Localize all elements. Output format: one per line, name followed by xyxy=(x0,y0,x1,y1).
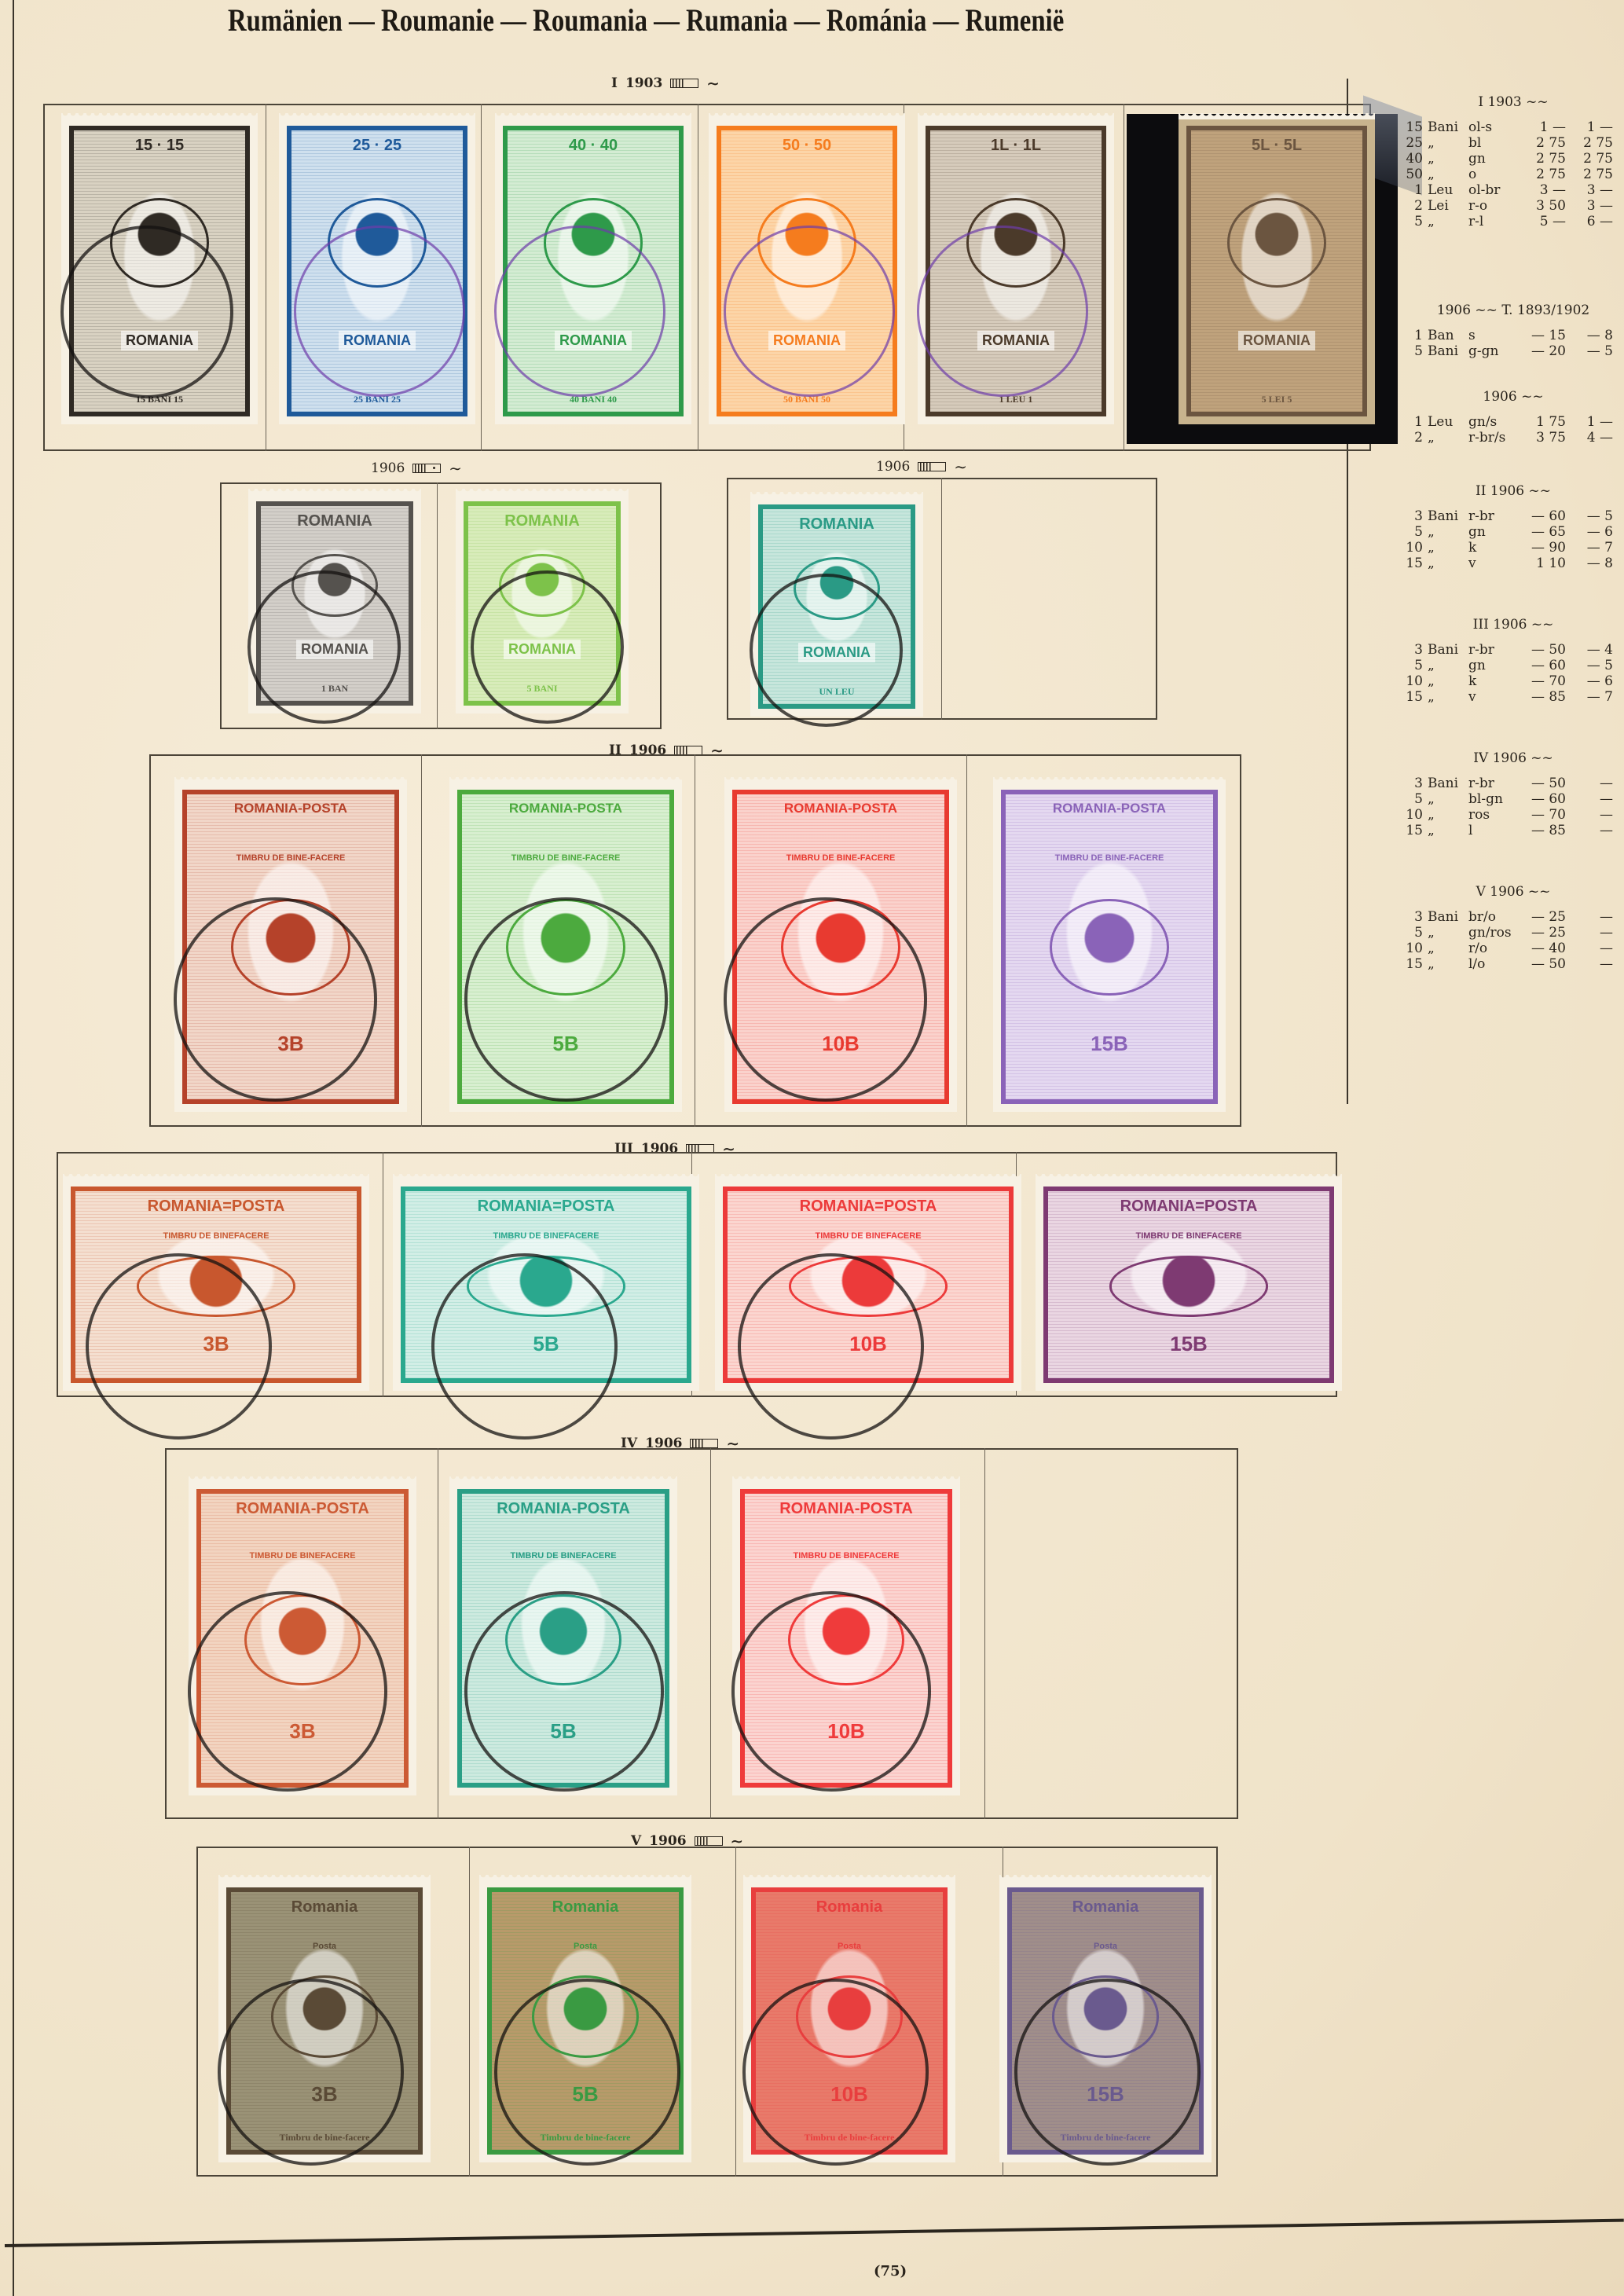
stamp-inscription: ROMANIA-POSTA xyxy=(779,1500,913,1518)
stamp-vignette xyxy=(110,198,209,287)
stamp-III-1906-5B[interactable]: ROMANIA=POSTATIMBRU DE BINEFACERE5B xyxy=(393,1179,699,1391)
price-used: 6 — xyxy=(1572,214,1619,229)
price-mint: — 60 xyxy=(1523,658,1572,673)
stamp-inscription: ROMANIA=POSTA xyxy=(148,1198,285,1216)
denomination: 3 xyxy=(1402,909,1428,925)
price-mint: 1 75 xyxy=(1523,414,1572,430)
price-mint: 3 50 xyxy=(1523,198,1572,214)
price-used: 1 — xyxy=(1572,119,1619,135)
stamp-III-1906-15B[interactable]: ROMANIA=POSTATIMBRU DE BINEFACERE15B xyxy=(1036,1179,1342,1391)
stamp-denomination: 5B xyxy=(552,1032,578,1056)
price-used: — xyxy=(1572,807,1619,823)
catalog-row: 15„v1 10— 8 xyxy=(1402,556,1624,571)
color-code: gn xyxy=(1468,151,1523,167)
denomination: 2 xyxy=(1402,198,1428,214)
price-mint: — 90 xyxy=(1523,540,1572,556)
section-label-I-1903: I 1903 ∼ xyxy=(611,75,720,91)
stamp-bottom-inscription: 5 LEI 5 xyxy=(1262,394,1292,405)
stamp-vignette xyxy=(1052,1975,1160,2057)
stamp-II-1906-15B[interactable]: ROMANIA-POSTATIMBRU DE BINE-FACERE15B xyxy=(993,782,1226,1112)
album-cell-divider xyxy=(481,104,482,451)
price-mint: — 70 xyxy=(1523,807,1572,823)
denomination: 50 xyxy=(1402,167,1428,182)
stamp-vignette xyxy=(505,1594,621,1685)
catalog-row: 3Banir-br— 50— xyxy=(1402,776,1624,791)
catalog-row: 50„o2 752 75 xyxy=(1402,167,1624,182)
price-used: — 5 xyxy=(1572,658,1619,673)
section-year: 1903 xyxy=(625,75,662,91)
price-mint: 3 75 xyxy=(1523,430,1572,446)
stamp-inscription: 5L · 5L xyxy=(1252,137,1302,155)
denomination: 5 xyxy=(1402,658,1428,673)
page-title: Rumänien — Roumanie — Roumania — Rumania… xyxy=(228,2,1297,41)
unit: „ xyxy=(1428,430,1468,446)
stamp-design: 25 · 25ROMANIA25 BANI 25 xyxy=(287,126,467,416)
price-used: — xyxy=(1572,925,1619,941)
left-margin-rule xyxy=(13,0,14,2296)
unit: „ xyxy=(1428,135,1468,151)
stamp-design: ROMANIA=POSTATIMBRU DE BINEFACERE5B xyxy=(401,1187,691,1383)
stamp-1906-a-1[interactable]: ROMANIAROMANIA1 BAN xyxy=(248,493,421,713)
stamp-inscription: ROMANIA xyxy=(799,515,874,534)
denomination: 15 xyxy=(1402,689,1428,705)
stamp-design: RomaniaPosta15BTimbru de bine-facere xyxy=(1007,1887,1204,2155)
unit: „ xyxy=(1428,689,1468,705)
color-code: gn/s xyxy=(1468,414,1523,430)
stamp-country: ROMANIA xyxy=(296,640,373,659)
stamp-bottom-inscription: UN LEU xyxy=(819,686,854,698)
stamp-design: ROMANIAROMANIA5 BANI xyxy=(464,501,621,706)
catalog-section: V 1906 ~~3Banibr/o— 25—5„gn/ros— 25—10„r… xyxy=(1402,884,1624,972)
catalog-row: 10„k— 90— 7 xyxy=(1402,540,1624,556)
price-used: 4 — xyxy=(1572,430,1619,446)
denomination: 15 xyxy=(1402,556,1428,571)
color-code: r-br xyxy=(1468,642,1523,658)
stamp-subtitle: TIMBRU DE BINEFACERE xyxy=(1135,1231,1241,1241)
color-code: r-br/s xyxy=(1468,430,1523,446)
catalog-row: 5„gn— 60— 5 xyxy=(1402,658,1624,673)
stamp-IV-1906-3B[interactable]: ROMANIA-POSTATIMBRU DE BINEFACERE3B xyxy=(189,1481,416,1795)
catalog-row: 5„gn— 65— 6 xyxy=(1402,524,1624,540)
album-cell-divider xyxy=(695,754,695,1127)
color-code: l/o xyxy=(1468,956,1523,972)
catalog-row: 3Banibr/o— 25— xyxy=(1402,909,1624,925)
stamp-III-1906-3B[interactable]: ROMANIA=POSTATIMBRU DE BINEFACERE3B xyxy=(63,1179,369,1391)
stamp-1906-a-5[interactable]: ROMANIAROMANIA5 BANI xyxy=(456,493,629,713)
color-code: k xyxy=(1468,673,1523,689)
color-code: v xyxy=(1468,689,1523,705)
stamp-inscription: ROMANIA-POSTA xyxy=(509,801,622,816)
denomination: 5 xyxy=(1402,524,1428,540)
stamp-design: RomaniaPosta10BTimbru de bine-facere xyxy=(751,1887,948,2155)
stamp-vignette xyxy=(781,899,900,995)
stamp-country: ROMANIA xyxy=(339,331,416,350)
unit: „ xyxy=(1428,956,1468,972)
catalog-section: 1906 ~~ T. 1893/19021Bans— 15— 85Banig-g… xyxy=(1402,303,1624,359)
color-code: r-br xyxy=(1468,776,1523,791)
stamp-inscription: 1L · 1L xyxy=(991,137,1041,155)
price-mint: — 70 xyxy=(1523,673,1572,689)
stamp-IV-1906-5B[interactable]: ROMANIA-POSTATIMBRU DE BINEFACERE5B xyxy=(449,1481,677,1795)
price-used: — xyxy=(1572,909,1619,925)
price-mint: — 60 xyxy=(1523,791,1572,807)
stamp-country: ROMANIA xyxy=(768,331,845,350)
stamp-vignette xyxy=(789,1256,948,1316)
price-mint: — 50 xyxy=(1523,642,1572,658)
catalog-heading: 1906 ~~ T. 1893/1902 xyxy=(1402,303,1624,318)
stamp-country: ROMANIA xyxy=(977,331,1054,350)
stamp-inscription: 50 · 50 xyxy=(783,137,831,155)
stamp-vignette xyxy=(467,1256,626,1316)
stamp-vignette xyxy=(757,198,856,287)
stamp-I-1903-15[interactable]: 15 · 15ROMANIA15 BANI 15 xyxy=(61,118,258,424)
unit: „ xyxy=(1428,807,1468,823)
denomination: 10 xyxy=(1402,941,1428,956)
denomination: 2 xyxy=(1402,430,1428,446)
price-used: — 7 xyxy=(1572,540,1619,556)
stamp-design: ROMANIAROMANIA1 BAN xyxy=(256,501,413,706)
stamp-subtitle: TIMBRU DE BINEFACERE xyxy=(493,1231,599,1241)
denomination: 15 xyxy=(1402,956,1428,972)
stamp-vignette xyxy=(291,554,377,617)
unit: Bani xyxy=(1428,119,1468,135)
stamp-denomination: 3B xyxy=(311,2082,337,2107)
color-code: ros xyxy=(1468,807,1523,823)
stamp-denomination: 3B xyxy=(289,1719,315,1744)
color-code: v xyxy=(1468,556,1523,571)
album-cell-divider xyxy=(735,1847,736,2177)
stamp-inscription: Romania xyxy=(552,1898,618,1916)
stamp-design: ROMANIA=POSTATIMBRU DE BINEFACERE15B xyxy=(1043,1187,1334,1383)
price-mint: — 50 xyxy=(1523,956,1572,972)
stamp-design: ROMANIA-POSTATIMBRU DE BINEFACERE5B xyxy=(457,1489,669,1788)
stamp-inscription: ROMANIA-POSTA xyxy=(784,801,897,816)
unit: „ xyxy=(1428,823,1468,838)
denomination: 3 xyxy=(1402,508,1428,524)
stamp-design: ROMANIA=POSTATIMBRU DE BINEFACERE10B xyxy=(723,1187,1014,1383)
stamp-subtitle: TIMBRU DE BINEFACERE xyxy=(163,1231,269,1241)
stamp-V-1906-5B[interactable]: RomaniaPosta5BTimbru de bine-facere xyxy=(479,1880,691,2162)
catalog-row: 10„k— 70— 6 xyxy=(1402,673,1624,689)
price-used: — 4 xyxy=(1572,642,1619,658)
section-label-1906-b: 1906 ∼ xyxy=(876,459,967,475)
color-code: k xyxy=(1468,540,1523,556)
denomination: 40 xyxy=(1402,151,1428,167)
stamp-denomination: 10B xyxy=(822,1032,860,1056)
stamp-design: ROMANIA-POSTATIMBRU DE BINE-FACERE10B xyxy=(732,790,949,1104)
price-used: — 8 xyxy=(1572,328,1619,343)
denomination: 25 xyxy=(1402,135,1428,151)
price-mint: — 60 xyxy=(1523,508,1572,524)
stamp-denomination: 10B xyxy=(830,2082,868,2107)
unit: Ban xyxy=(1428,328,1468,343)
stamp-vignette xyxy=(788,1594,904,1685)
price-used: 3 — xyxy=(1572,198,1619,214)
price-mint: 3 — xyxy=(1523,182,1572,198)
stamp-bottom-inscription: 1 BAN xyxy=(321,683,348,695)
unit: Bani xyxy=(1428,508,1468,524)
stamp-inscription: ROMANIA-POSTA xyxy=(497,1500,630,1518)
perforation-icon xyxy=(695,1836,723,1846)
stamp-III-1906-10B[interactable]: ROMANIA=POSTATIMBRU DE BINEFACERE10B xyxy=(715,1179,1021,1391)
catalog-row: 15„v— 85— 7 xyxy=(1402,689,1624,705)
stamp-inscription: Romania xyxy=(1072,1898,1138,1916)
perforation-icon xyxy=(690,1439,718,1448)
catalog-row: 15„l— 85— xyxy=(1402,823,1624,838)
stamp-inscription: Romania xyxy=(291,1898,357,1916)
catalog-row: 5„gn/ros— 25— xyxy=(1402,925,1624,941)
page-number: (75) xyxy=(874,2263,907,2279)
stamp-denomination: 15B xyxy=(1170,1332,1208,1356)
stamp-I-1903-40[interactable]: 40 · 40ROMANIA40 BANI 40 xyxy=(495,118,691,424)
album-cell-divider xyxy=(266,104,266,451)
price-mint: — 50 xyxy=(1523,776,1572,791)
stamp-vignette xyxy=(1109,1256,1269,1316)
stamp-design: 1L · 1LROMANIA1 LEU 1 xyxy=(926,126,1106,416)
catalog-heading: I 1903 ~~ xyxy=(1402,94,1624,110)
stamp-vignette xyxy=(271,1975,379,2057)
stamp-denomination: 15B xyxy=(1087,2082,1124,2107)
unit: „ xyxy=(1428,673,1468,689)
denomination: 10 xyxy=(1402,673,1428,689)
color-code: gn xyxy=(1468,658,1523,673)
stamp-subtitle: TIMBRU DE BINEFACERE xyxy=(510,1551,616,1561)
section-year: 1906 xyxy=(876,459,910,475)
price-used: — 8 xyxy=(1572,556,1619,571)
denomination: 10 xyxy=(1402,540,1428,556)
stamp-vignette xyxy=(137,1256,296,1316)
price-mint: 2 75 xyxy=(1523,167,1572,182)
catalog-row: 40„gn2 752 75 xyxy=(1402,151,1624,167)
price-mint: — 20 xyxy=(1523,343,1572,359)
album-cell-divider xyxy=(698,104,698,451)
denomination: 5 xyxy=(1402,214,1428,229)
stamp-II-1906-10B[interactable]: ROMANIA-POSTATIMBRU DE BINE-FACERE10B xyxy=(724,782,957,1112)
price-mint: — 40 xyxy=(1523,941,1572,956)
catalog-row: 5Banig-gn— 20— 5 xyxy=(1402,343,1624,359)
album-cell-divider xyxy=(710,1448,711,1819)
color-code: br/o xyxy=(1468,909,1523,925)
denomination: 10 xyxy=(1402,807,1428,823)
denomination: 5 xyxy=(1402,925,1428,941)
stamp-inscription: 15 · 15 xyxy=(135,137,184,155)
stamp-design: ROMANIA-POSTATIMBRU DE BINE-FACERE3B xyxy=(182,790,399,1104)
price-used: 1 — xyxy=(1572,414,1619,430)
catalog-row: 1Bans— 15— 8 xyxy=(1402,328,1624,343)
stamp-V-1906-15B[interactable]: RomaniaPosta15BTimbru de bine-facere xyxy=(999,1880,1212,2162)
stamp-V-1906-10B[interactable]: RomaniaPosta10BTimbru de bine-facere xyxy=(743,1880,955,2162)
color-code: gn/ros xyxy=(1468,925,1523,941)
stamp-subtitle: Posta xyxy=(574,1942,597,1951)
catalog-row: 10„ros— 70— xyxy=(1402,807,1624,823)
denomination: 3 xyxy=(1402,776,1428,791)
stamp-1906-b-1[interactable]: ROMANIAROMANIAUN LEU xyxy=(750,497,923,717)
catalog-row: 15Baniol-s1 —1 — xyxy=(1402,119,1624,135)
stamp-bottom-inscription: 15 BANI 15 xyxy=(136,394,183,405)
stamp-denomination: 5B xyxy=(572,2082,598,2107)
price-mint: — 85 xyxy=(1523,823,1572,838)
stamp-bottom-inscription: Timbru de bine-facere xyxy=(280,2132,370,2144)
stamp-design: ROMANIA-POSTATIMBRU DE BINEFACERE3B xyxy=(196,1489,409,1788)
wave-icon: ∼ xyxy=(449,460,462,476)
stamp-I-1903-50[interactable]: 50 · 50ROMANIA50 BANI 50 xyxy=(709,118,905,424)
stamp-IV-1906-10B[interactable]: ROMANIA-POSTATIMBRU DE BINEFACERE10B xyxy=(732,1481,960,1795)
stamp-vignette xyxy=(794,557,879,620)
stamp-subtitle: Posta xyxy=(313,1942,336,1951)
perforation-icon xyxy=(918,462,946,471)
stamp-bottom-inscription: Timbru de bine-facere xyxy=(541,2132,631,2144)
unit: Bani xyxy=(1428,642,1468,658)
denomination: 15 xyxy=(1402,119,1428,135)
stamp-bottom-inscription: Timbru de bine-facere xyxy=(805,2132,895,2144)
stamp-V-1906-3B[interactable]: RomaniaPosta3BTimbru de bine-facere xyxy=(218,1880,431,2162)
unit: Leu xyxy=(1428,414,1468,430)
stamp-subtitle: TIMBRU DE BINE-FACERE xyxy=(786,853,896,863)
stamp-I-1903-1L[interactable]: 1L · 1LROMANIA1 LEU 1 xyxy=(918,118,1114,424)
color-code: bl xyxy=(1468,135,1523,151)
stamp-subtitle: Posta xyxy=(838,1942,861,1951)
stamp-subtitle: TIMBRU DE BINE-FACERE xyxy=(236,853,346,863)
stamp-I-1903-5L[interactable]: 5L · 5LROMANIA5 LEI 5 xyxy=(1179,118,1375,424)
wave-icon: ∼ xyxy=(954,459,967,475)
unit: „ xyxy=(1428,524,1468,540)
stamp-subtitle: TIMBRU DE BINEFACERE xyxy=(249,1551,355,1561)
unit: „ xyxy=(1428,925,1468,941)
stamp-II-1906-3B[interactable]: ROMANIA-POSTATIMBRU DE BINE-FACERE3B xyxy=(174,782,407,1112)
stamp-vignette xyxy=(499,554,585,617)
stamp-II-1906-5B[interactable]: ROMANIA-POSTATIMBRU DE BINE-FACERE5B xyxy=(449,782,682,1112)
stamp-design: ROMANIA-POSTATIMBRU DE BINE-FACERE5B xyxy=(457,790,674,1104)
unit: Bani xyxy=(1428,909,1468,925)
catalog-heading: III 1906 ~~ xyxy=(1402,617,1624,633)
color-code: l xyxy=(1468,823,1523,838)
stamp-country: ROMANIA xyxy=(504,640,581,659)
album-cell-divider xyxy=(469,1847,470,2177)
price-used: 3 — xyxy=(1572,182,1619,198)
catalog-row: 3Banir-br— 60— 5 xyxy=(1402,508,1624,524)
price-used: — xyxy=(1572,956,1619,972)
catalog-row: 2„r-br/s3 754 — xyxy=(1402,430,1624,446)
stamp-design: 15 · 15ROMANIA15 BANI 15 xyxy=(69,126,250,416)
stamp-design: 50 · 50ROMANIA50 BANI 50 xyxy=(717,126,897,416)
catalog-row: 5„bl-gn— 60— xyxy=(1402,791,1624,807)
denomination: 3 xyxy=(1402,642,1428,658)
stamp-bottom-inscription: 40 BANI 40 xyxy=(570,394,617,405)
price-used: 2 75 xyxy=(1572,167,1619,182)
stamp-inscription: ROMANIA-POSTA xyxy=(1053,801,1166,816)
wave-icon: ∼ xyxy=(706,75,720,91)
stamp-inscription: ROMANIA-POSTA xyxy=(234,801,347,816)
catalog-section: III 1906 ~~3Banir-br— 50— 45„gn— 60— 510… xyxy=(1402,617,1624,705)
stamp-inscription: ROMANIA=POSTA xyxy=(478,1198,615,1216)
stamp-vignette xyxy=(1227,198,1326,287)
stamp-country: ROMANIA xyxy=(798,643,875,662)
stamp-vignette xyxy=(328,198,427,287)
stamp-country: ROMANIA xyxy=(121,331,198,350)
section-year: 1906 xyxy=(371,460,405,476)
stamp-vignette xyxy=(506,899,625,995)
stamp-vignette xyxy=(544,198,643,287)
album-cell-divider xyxy=(438,1448,438,1819)
price-mint: — 15 xyxy=(1523,328,1572,343)
denomination: 1 xyxy=(1402,328,1428,343)
catalog-row: 2Leir-o3 503 — xyxy=(1402,198,1624,214)
stamp-bottom-inscription: 50 BANI 50 xyxy=(783,394,830,405)
denomination: 1 xyxy=(1402,182,1428,198)
stamp-country: ROMANIA xyxy=(555,331,632,350)
price-used: 2 75 xyxy=(1572,151,1619,167)
stamp-inscription: 25 · 25 xyxy=(353,137,401,155)
price-mint: — 85 xyxy=(1523,689,1572,705)
unit: „ xyxy=(1428,167,1468,182)
denomination: 5 xyxy=(1402,343,1428,359)
stamp-subtitle: TIMBRU DE BINEFACERE xyxy=(793,1551,899,1561)
catalog-section: I 1903 ~~15Baniol-s1 —1 —25„bl2 752 7540… xyxy=(1402,94,1624,229)
catalog-row: 5„r-l5 —6 — xyxy=(1402,214,1624,229)
price-used: — xyxy=(1572,791,1619,807)
stamp-denomination: 15B xyxy=(1091,1032,1128,1056)
unit: „ xyxy=(1428,941,1468,956)
denomination: 5 xyxy=(1402,791,1428,807)
catalog-heading: V 1906 ~~ xyxy=(1402,884,1624,900)
catalog-heading: II 1906 ~~ xyxy=(1402,483,1624,499)
price-mint: — 65 xyxy=(1523,524,1572,540)
stamp-design: RomaniaPosta5BTimbru de bine-facere xyxy=(487,1887,684,2155)
color-code: r/o xyxy=(1468,941,1523,956)
color-code: ol-br xyxy=(1468,182,1523,198)
unit: „ xyxy=(1428,791,1468,807)
price-used: — 6 xyxy=(1572,524,1619,540)
album-cell-divider xyxy=(437,482,438,729)
catalog-section: 1906 ~~1Leugn/s1 751 —2„r-br/s3 754 — xyxy=(1402,389,1624,446)
price-used: 2 75 xyxy=(1572,135,1619,151)
catalog-row: 15„l/o— 50— xyxy=(1402,956,1624,972)
stamp-vignette xyxy=(966,198,1065,287)
price-mint: 1 — xyxy=(1523,119,1572,135)
album-cell-divider xyxy=(1124,104,1124,451)
stamp-design: 5L · 5LROMANIA5 LEI 5 xyxy=(1186,126,1367,416)
stamp-I-1903-25[interactable]: 25 · 25ROMANIA25 BANI 25 xyxy=(279,118,475,424)
price-mint: 2 75 xyxy=(1523,135,1572,151)
perforation-icon xyxy=(670,79,698,88)
price-used: — 7 xyxy=(1572,689,1619,705)
color-code: bl-gn xyxy=(1468,791,1523,807)
price-mint: 5 — xyxy=(1523,214,1572,229)
stamp-vignette xyxy=(244,1594,361,1685)
catalog-section: II 1906 ~~3Banir-br— 60— 55„gn— 65— 610„… xyxy=(1402,483,1624,571)
stamp-denomination: 5B xyxy=(550,1719,576,1744)
price-used: — 6 xyxy=(1572,673,1619,689)
stamp-design: ROMANIA=POSTATIMBRU DE BINEFACERE3B xyxy=(71,1187,361,1383)
album-cell-divider xyxy=(941,478,942,720)
stamp-inscription: ROMANIA xyxy=(504,512,580,530)
color-code: s xyxy=(1468,328,1523,343)
stamp-denomination: 10B xyxy=(827,1719,865,1744)
catalog-section: IV 1906 ~~3Banir-br— 50—5„bl-gn— 60—10„r… xyxy=(1402,750,1624,838)
price-used: — 5 xyxy=(1572,343,1619,359)
color-code: r-l xyxy=(1468,214,1523,229)
color-code: o xyxy=(1468,167,1523,182)
stamp-design: ROMANIA-POSTATIMBRU DE BINEFACERE10B xyxy=(740,1489,952,1788)
stamp-inscription: ROMANIA=POSTA xyxy=(800,1198,937,1216)
stamp-vignette xyxy=(532,1975,640,2057)
stamp-denomination: 3B xyxy=(277,1032,303,1056)
stamp-design: 40 · 40ROMANIA40 BANI 40 xyxy=(503,126,684,416)
price-used: — xyxy=(1572,823,1619,838)
color-code: gn xyxy=(1468,524,1523,540)
catalog-row: 1Leuol-br3 —3 — xyxy=(1402,182,1624,198)
color-code: r-br xyxy=(1468,508,1523,524)
